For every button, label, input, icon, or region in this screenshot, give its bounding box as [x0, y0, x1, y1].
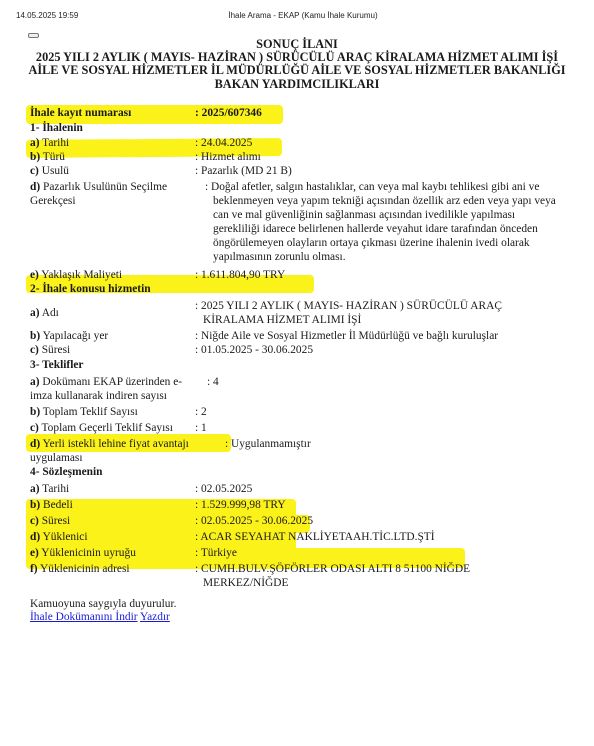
s4-row-bedeli: b) Bedeli1.529.999,98 TRY: [30, 498, 590, 512]
s4-row-yuklenici: d) YükleniciACAR SEYAHAT NAKLİYETAAH.TİC…: [30, 530, 590, 544]
s3-row-gecerli: c) Toplam Geçerli Teklif Sayısı1: [30, 421, 590, 435]
value: 1: [195, 421, 590, 435]
print-page-title: İhale Arama - EKAP (Kamu İhale Kurumu): [0, 11, 594, 20]
label: Toplam Geçerli Teklif Sayısı: [42, 422, 173, 434]
s2-row-yer: b) Yapılacağı yerNiğde Aile ve Sosyal Hi…: [30, 329, 590, 343]
label: Yüklenicinin uyruğu: [41, 547, 136, 559]
footer: Kamuoyuna saygıyla duyurulur. İhale Dokü…: [30, 598, 590, 624]
print-header: 14.05.2025 19:59 İhale Arama - EKAP (Kam…: [0, 11, 594, 25]
section-1-heading: 1- İhalenin: [30, 121, 590, 136]
s4-row-adres: f) Yüklenicinin adresiCUMH.BULV.ŞÖFÖRLER…: [30, 562, 590, 590]
announcement-body: İhale kayıt numarası 2025/607346 1- İhal…: [30, 105, 590, 624]
prefix: c): [30, 165, 39, 177]
label: Yaklaşık Maliyeti: [41, 269, 122, 281]
label: Türü: [43, 151, 65, 163]
kayit-label: İhale kayıt numarası: [30, 105, 195, 121]
value: Pazarlık (MD 21 B): [195, 164, 590, 178]
value: Doğal afetler, salgın hastalıklar, can v…: [205, 180, 590, 264]
announcement-title: SONUÇ İLANI 2025 YILI 2 AYLIK ( MAYIS- H…: [0, 38, 594, 91]
value: Hizmet alımı: [195, 150, 590, 164]
prefix: c): [30, 344, 39, 356]
label: Dokümanı EKAP üzerinden e-imza kullanara…: [30, 376, 182, 402]
s3-row-dokuman: a) Dokümanı EKAP üzerinden e-imza kullan…: [30, 375, 590, 403]
value: Türkiye: [195, 546, 590, 560]
label: Tarihi: [42, 137, 69, 149]
prefix: c): [30, 515, 39, 527]
value: ACAR SEYAHAT NAKLİYETAAH.TİC.LTD.ŞTİ: [195, 530, 590, 544]
label: Süresi: [42, 515, 70, 527]
prefix: d): [30, 181, 40, 193]
value: 4: [207, 375, 590, 403]
label: Bedeli: [43, 499, 73, 511]
prefix: a): [30, 483, 40, 495]
label: Süresi: [42, 344, 70, 356]
prefix: d): [30, 531, 40, 543]
value: 1.611.804,90 TRY: [195, 268, 590, 282]
prefix: d): [30, 438, 40, 450]
section-2-heading: 2- İhale konusu hizmetin: [30, 282, 590, 297]
kayit-row: İhale kayıt numarası 2025/607346: [30, 105, 590, 121]
value: 02.05.2025: [195, 482, 590, 496]
s1-row-usulu: c) UsulüPazarlık (MD 21 B): [30, 164, 590, 178]
kayit-value: 2025/607346: [195, 105, 590, 121]
prefix: a): [30, 376, 40, 388]
label: Yerli istekli lehine fiyat avantajı uygu…: [30, 438, 189, 464]
value: 2025 YILI 2 AYLIK ( MAYIS- HAZİRAN ) SÜR…: [195, 299, 590, 327]
s1-row-maliyet: e) Yaklaşık Maliyeti1.611.804,90 TRY: [30, 268, 590, 282]
s1-row-tarihi: a) Tarihi24.04.2025: [30, 136, 590, 150]
prefix: c): [30, 422, 39, 434]
label: Usulü: [42, 165, 69, 177]
print-link[interactable]: Yazdır: [140, 611, 170, 623]
label: Adı: [42, 307, 59, 319]
closing-text: Kamuoyuna saygıyla duyurulur.: [30, 598, 590, 611]
value: Niğde Aile ve Sosyal Hizmetler İl Müdürl…: [195, 329, 590, 343]
title-line-3: AİLE VE SOSYAL HİZMETLER İL MÜDÜRLÜĞÜ Aİ…: [0, 64, 594, 77]
value: CUMH.BULV.ŞÖFÖRLER ODASI ALTI 8 51100 Nİ…: [195, 562, 590, 590]
section-4-heading: 4- Sözleşmenin: [30, 465, 590, 480]
label: Toplam Teklif Sayısı: [43, 406, 138, 418]
value: 24.04.2025: [195, 136, 590, 150]
label: Tarihi: [42, 483, 69, 495]
value: 1.529.999,98 TRY: [195, 498, 590, 512]
s2-row-suresi: c) Süresi01.05.2025 - 30.06.2025: [30, 343, 590, 357]
s3-row-yerli: d) Yerli istekli lehine fiyat avantajı u…: [30, 437, 590, 465]
s2-row-adi: a) Adı2025 YILI 2 AYLIK ( MAYIS- HAZİRAN…: [30, 299, 590, 327]
label: Yüklenici: [43, 531, 88, 543]
prefix: a): [30, 137, 40, 149]
section-3-heading: 3- Teklifler: [30, 358, 590, 373]
prefix: e): [30, 269, 39, 281]
prefix: b): [30, 499, 40, 511]
label: Pazarlık Usulünün Seçilme Gerekçesi: [30, 181, 167, 207]
value: Uygulanmamıştır: [225, 437, 590, 465]
value: 01.05.2025 - 30.06.2025: [195, 343, 590, 357]
s1-row-turu: b) TürüHizmet alımı: [30, 150, 590, 164]
value: 2: [195, 405, 590, 419]
s1-row-gerekce: d) Pazarlık Usulünün Seçilme GerekçesiDo…: [30, 180, 590, 264]
prefix: b): [30, 330, 40, 342]
s4-row-uyruk: e) Yüklenicinin uyruğuTürkiye: [30, 546, 590, 560]
prefix: e): [30, 547, 39, 559]
value: 02.05.2025 - 30.06.2025: [195, 514, 590, 528]
title-line-4: BAKAN YARDIMCILIKLARI: [0, 78, 594, 91]
s3-row-toplam: b) Toplam Teklif Sayısı2: [30, 405, 590, 419]
prefix: f): [30, 563, 38, 575]
label: Yapılacağı yer: [43, 330, 109, 342]
prefix: b): [30, 406, 40, 418]
prefix: a): [30, 307, 40, 319]
s4-row-suresi: c) Süresi02.05.2025 - 30.06.2025: [30, 514, 590, 528]
label: Yüklenicinin adresi: [40, 563, 130, 575]
download-document-link[interactable]: İhale Dokümanını İndir: [30, 611, 138, 623]
s4-row-tarihi: a) Tarihi02.05.2025: [30, 482, 590, 496]
prefix: b): [30, 151, 40, 163]
